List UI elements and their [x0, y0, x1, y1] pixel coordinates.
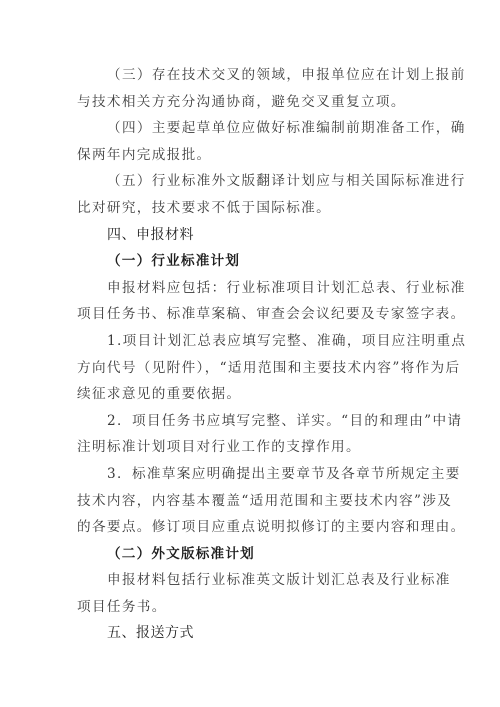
- text-line: 的各要点。修订项目应重点说明拟修订的主要内容和理由。: [77, 514, 427, 541]
- section-heading-application-materials: 四、申报材料: [77, 222, 427, 249]
- subsection-heading-foreign-standard-plan: （二）外文版标准计划: [77, 541, 427, 568]
- section-heading-submission-method: 五、报送方式: [77, 620, 427, 647]
- text-line: （四）主要起草单位应做好标准编制前期准备工作，确: [77, 115, 427, 142]
- text-line: 1.项目计划汇总表应填写完整、准确，项目应注明重点: [77, 328, 427, 355]
- text-line: 比对研究，技术要求不低于国际标准。: [77, 195, 427, 222]
- text-line: 注明标准计划项目对行业工作的支撑作用。: [77, 434, 427, 461]
- text-line: 3．标准草案应明确提出主要章节及各章节所规定主要: [77, 461, 427, 488]
- document-page: （三）存在技术交叉的领域，申报单位应在计划上报前 与技术相关方充分沟通协商，避免…: [77, 62, 427, 647]
- paragraph-foreign-materials: 申报材料包括行业标准英文版计划汇总表及行业标准 项目任务书。: [77, 567, 427, 620]
- text-line: 与技术相关方充分沟通协商，避免交叉重复立项。: [77, 89, 427, 116]
- text-line: 申报材料包括行业标准英文版计划汇总表及行业标准: [77, 567, 427, 594]
- text-line: 保两年内完成报批。: [77, 142, 427, 169]
- text-line: （五）行业标准外文版翻译计划应与相关国际标准进行: [77, 168, 427, 195]
- paragraph-foreign-translation: （五）行业标准外文版翻译计划应与相关国际标准进行 比对研究，技术要求不低于国际标…: [77, 168, 427, 221]
- text-line: 技术内容，内容基本覆盖“适用范围和主要技术内容”涉及: [77, 488, 427, 515]
- text-line: 项目任务书、标准草案稿、审查会会议纪要及专家签字表。: [77, 301, 427, 328]
- paragraph-item-2: 2．项目任务书应填写完整、详实。“目的和理由”中请 注明标准计划项目对行业工作的…: [77, 408, 427, 461]
- paragraph-item-1: 1.项目计划汇总表应填写完整、准确，项目应注明重点 方向代号（见附件），“适用范…: [77, 328, 427, 408]
- text-line: 申报材料应包括：行业标准项目计划汇总表、行业标准: [77, 275, 427, 302]
- paragraph-cross-technology: （三）存在技术交叉的领域，申报单位应在计划上报前 与技术相关方充分沟通协商，避免…: [77, 62, 427, 115]
- text-line: 2．项目任务书应填写完整、详实。“目的和理由”中请: [77, 408, 427, 435]
- text-line: 方向代号（见附件），“适用范围和主要技术内容”将作为后: [77, 355, 427, 382]
- paragraph-materials-list: 申报材料应包括：行业标准项目计划汇总表、行业标准 项目任务书、标准草案稿、审查会…: [77, 275, 427, 328]
- paragraph-drafting-preparation: （四）主要起草单位应做好标准编制前期准备工作，确 保两年内完成报批。: [77, 115, 427, 168]
- text-line: （三）存在技术交叉的领域，申报单位应在计划上报前: [77, 62, 427, 89]
- text-line: 项目任务书。: [77, 594, 427, 621]
- paragraph-item-3: 3．标准草案应明确提出主要章节及各章节所规定主要 技术内容，内容基本覆盖“适用范…: [77, 461, 427, 541]
- subsection-heading-industry-standard-plan: （一）行业标准计划: [77, 248, 427, 275]
- text-line: 续征求意见的重要依据。: [77, 381, 427, 408]
